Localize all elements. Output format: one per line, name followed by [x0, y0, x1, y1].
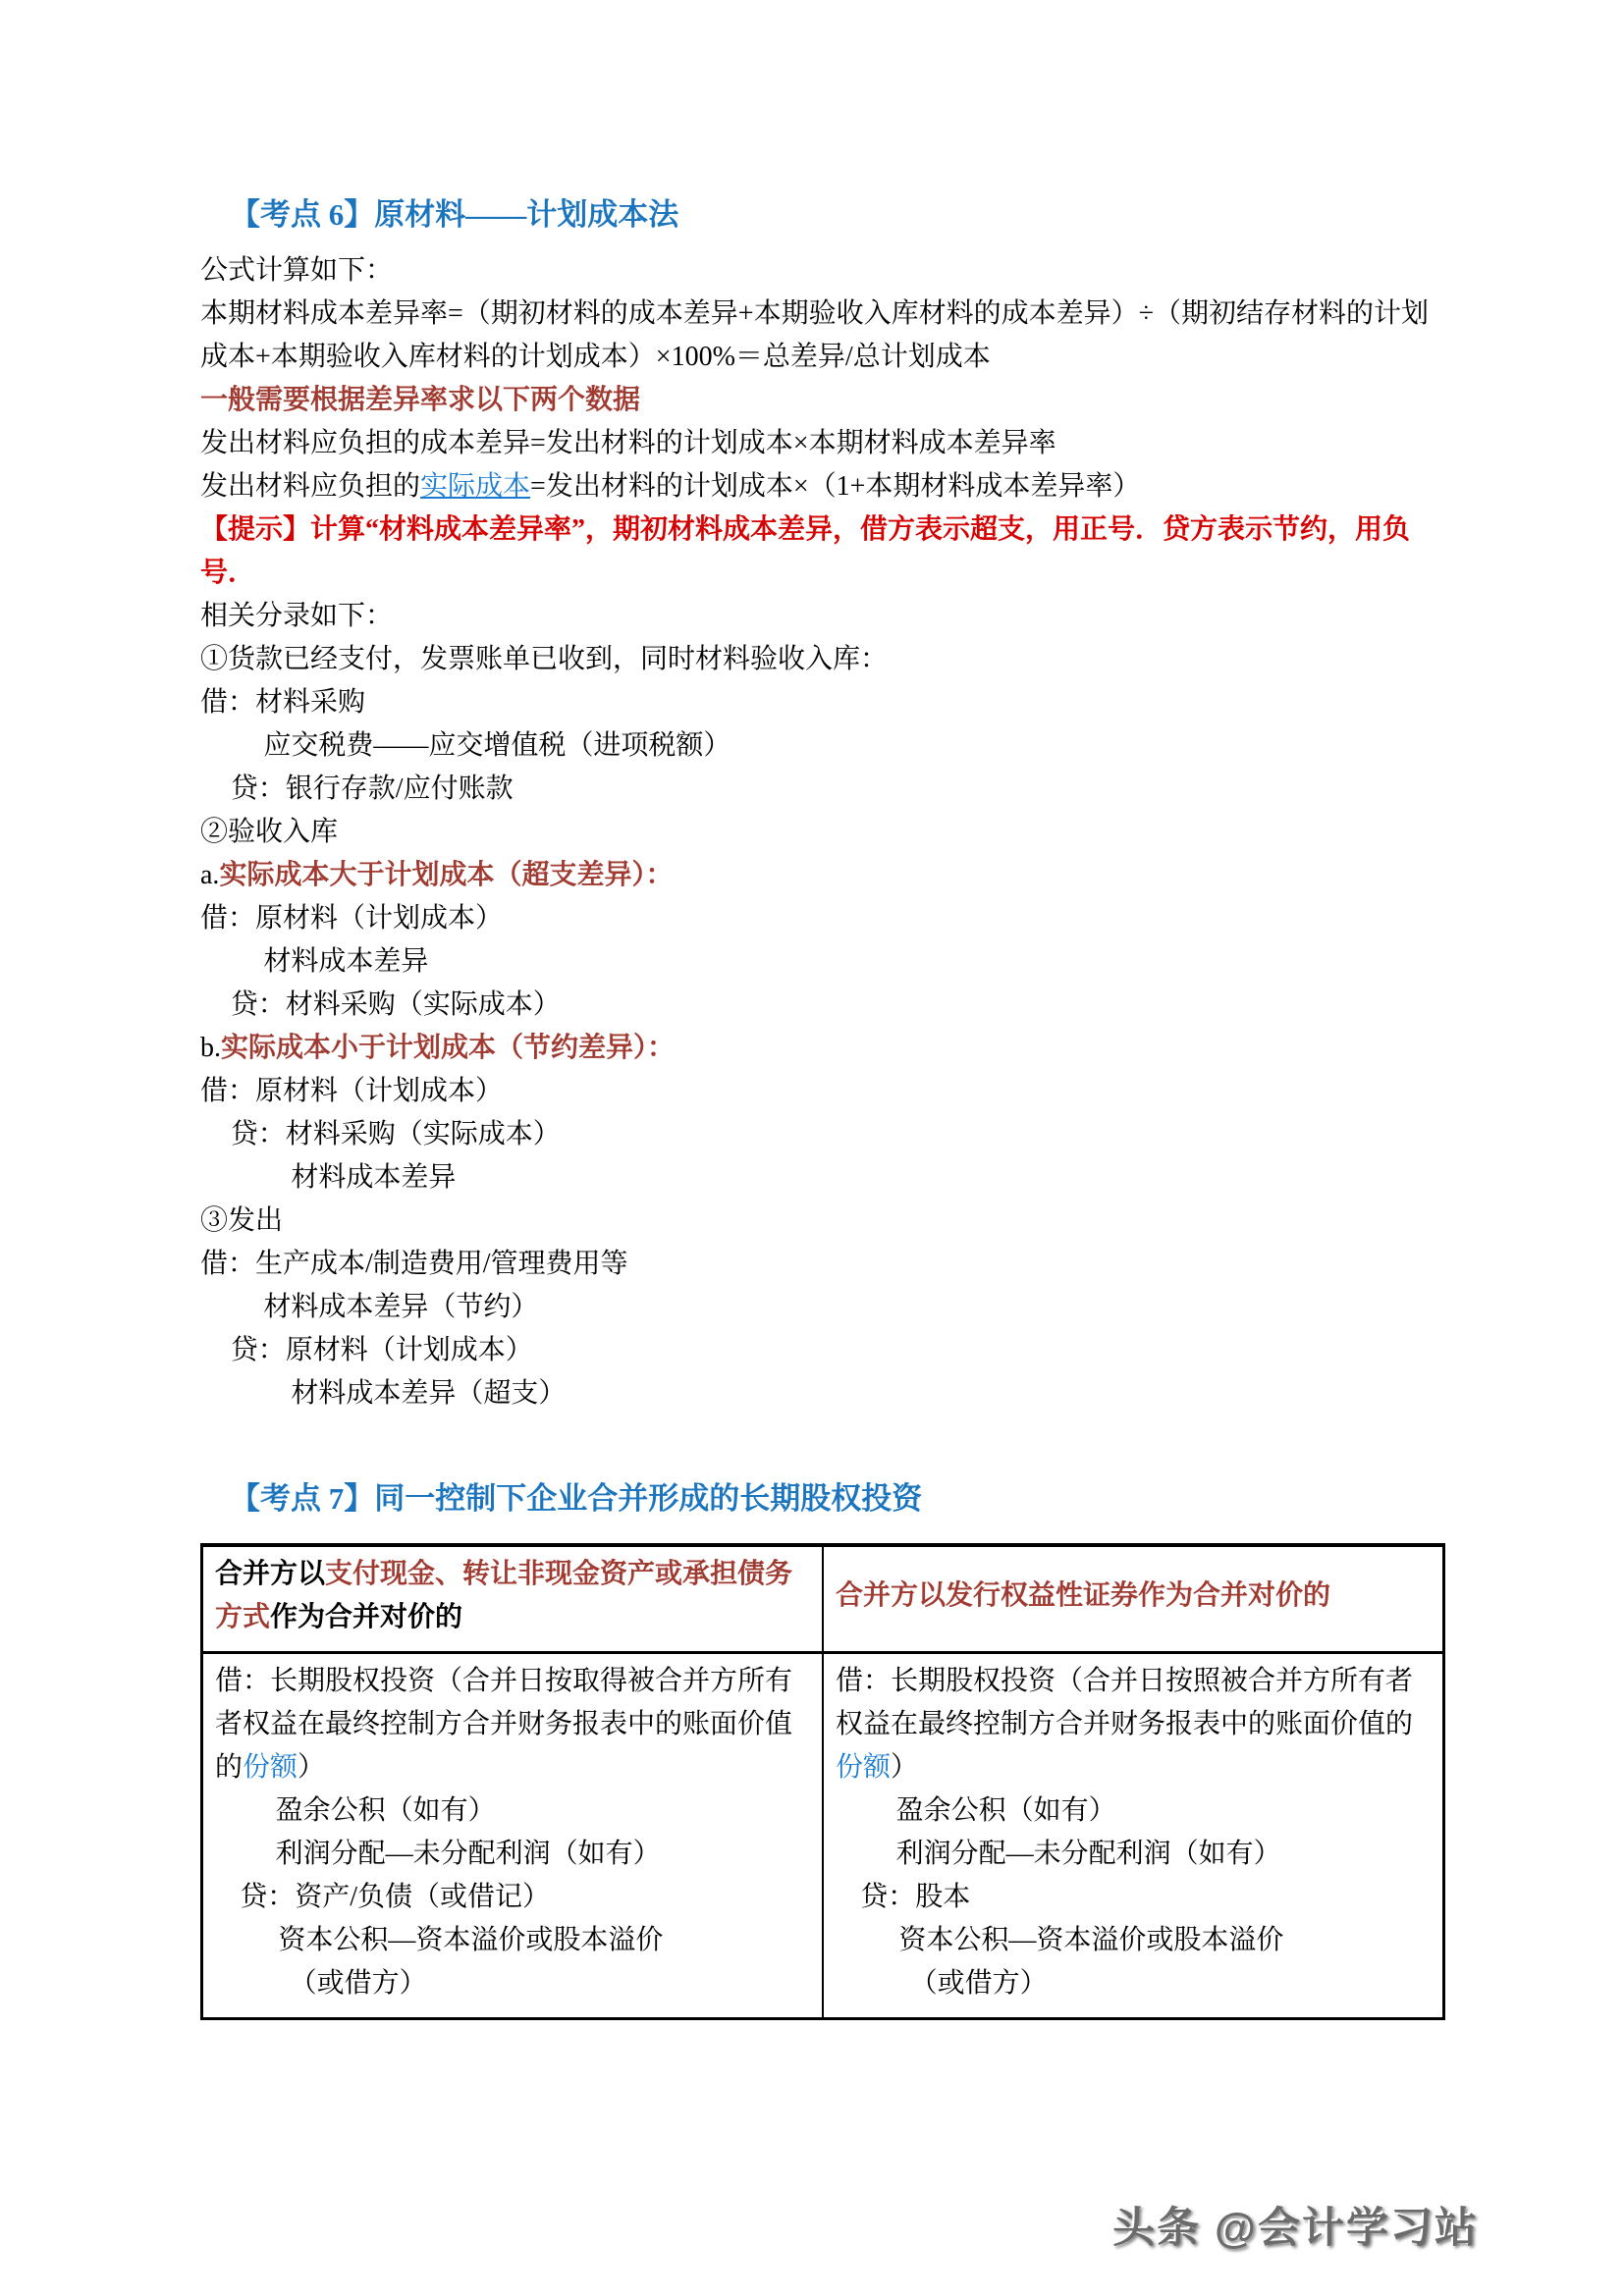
text-run: =发出材料的计划成本×（1+本期材料成本差异率）: [530, 471, 1140, 502]
table-header-equity-consideration: 合并方以发行权益性证券作为合并对价的: [823, 1545, 1444, 1653]
text-run: 盈余公积（如有）: [896, 1795, 1116, 1826]
text-run: 贷：原材料（计划成本）: [231, 1335, 533, 1365]
text-line: ②验收入库: [200, 811, 1445, 854]
table-header-cash-consideration: 合并方以支付现金、转让非现金资产或承担债务方式作为合并对价的: [202, 1545, 824, 1653]
text-run: 贷：银行存款/应付账款: [231, 774, 514, 804]
section6-body: 公式计算如下：本期材料成本差异率=（期初材料的成本差异+本期验收入库材料的成本差…: [200, 249, 1445, 1415]
text-line: 贷：银行存款/应付账款: [200, 768, 1445, 811]
text-run: 利润分配—未分配利润（如有）: [896, 1839, 1281, 1869]
text-run: 【提示】计算“材料成本差异率”，期初材料成本差异，借方表示超支，用正号．贷方表示…: [200, 514, 1410, 588]
text-line: ③发出: [200, 1200, 1445, 1243]
text-line: b.实际成本小于计划成本（节约差异）：: [200, 1027, 1445, 1070]
section-exam-point-7: 【考点 7】同一控制下企业合并形成的长期股权投资 合并方以支付现金、转让非现金资…: [200, 1476, 1445, 2020]
text-run: 发出材料应负担的: [200, 471, 420, 502]
text-run: （或借方）: [910, 1968, 1048, 1999]
text-line: 盈余公积（如有）: [836, 1789, 1431, 1833]
text-line: 合并方以支付现金、转让非现金资产或承担债务方式作为合并对价的: [215, 1553, 810, 1639]
text-line: 资本公积—资本溢价或股本溢价: [215, 1919, 810, 1962]
table-cell-equity-entries: 借：长期股权投资（合并日按照被合并方所有者权益在最终控制方合并财务报表中的账面价…: [823, 1653, 1444, 2019]
text-line: 盈余公积（如有）: [215, 1789, 810, 1833]
section-exam-point-6: 【考点 6】原材料——计划成本法 公式计算如下：本期材料成本差异率=（期初材料的…: [200, 192, 1445, 1415]
text-line: ①货款已经支付，发票账单已收到，同时材料验收入库：: [200, 638, 1445, 681]
text-run: a.: [200, 860, 219, 890]
text-run: ）: [298, 1752, 325, 1783]
text-line: 发出材料应负担的成本差异=发出材料的计划成本×本期材料成本差异率: [200, 422, 1445, 465]
text-run: 材料成本差异: [263, 946, 428, 977]
text-line: 相关分录如下：: [200, 595, 1445, 638]
text-line: （或借方）: [215, 1962, 810, 2005]
text-run: 贷：材料采购（实际成本）: [231, 1119, 561, 1149]
text-line: 资本公积—资本溢价或股本溢价: [836, 1919, 1431, 1962]
text-line: 借：材料采购: [200, 681, 1445, 724]
text-line: 材料成本差异（节约）: [200, 1286, 1445, 1329]
text-line: 贷：资产/负债（或借记）: [215, 1876, 810, 1919]
text-line: 【提示】计算“材料成本差异率”，期初材料成本差异，借方表示超支，用正号．贷方表示…: [200, 508, 1445, 595]
text-line: 贷：股本: [836, 1876, 1431, 1919]
text-run: 材料成本差异: [291, 1162, 456, 1193]
text-line: 利润分配—未分配利润（如有）: [836, 1833, 1431, 1876]
text-run: 份额: [836, 1752, 891, 1783]
text-run: 借：长期股权投资（合并日按照被合并方所有者权益在最终控制方合并财务报表中的账面价…: [836, 1666, 1413, 1739]
text-line: 借：长期股权投资（合并日按取得被合并方所有者权益在最终控制方合并财务报表中的账面…: [215, 1660, 810, 1789]
text-line: 借：生产成本/制造费用/管理费用等: [200, 1243, 1445, 1286]
text-run: 材料成本差异（节约）: [263, 1292, 538, 1322]
text-line: 发出材料应负担的实际成本=发出材料的计划成本×（1+本期材料成本差异率）: [200, 465, 1445, 508]
text-run: 作为合并对价的: [270, 1602, 462, 1632]
text-line: 贷：原材料（计划成本）: [200, 1329, 1445, 1372]
text-line: 借：原材料（计划成本）: [200, 1070, 1445, 1113]
page-content: 【考点 6】原材料——计划成本法 公式计算如下：本期材料成本差异率=（期初材料的…: [200, 192, 1445, 2020]
text-run: 借：生产成本/制造费用/管理费用等: [200, 1249, 628, 1279]
text-run: 实际成本: [420, 471, 530, 502]
text-line: 贷：材料采购（实际成本）: [200, 984, 1445, 1027]
text-line: 材料成本差异: [200, 1156, 1445, 1200]
text-line: 一般需要根据差异率求以下两个数据: [200, 379, 1445, 422]
section7-heading: 【考点 7】同一控制下企业合并形成的长期股权投资: [200, 1476, 1445, 1522]
text-run: ②验收入库: [200, 817, 338, 847]
text-run: 相关分录如下：: [200, 601, 393, 631]
text-line: 本期材料成本差异率=（期初材料的成本差异+本期验收入库材料的成本差异）÷（期初结…: [200, 293, 1445, 379]
toutiao-watermark: 头条 @会计学习站: [1112, 2195, 1479, 2255]
text-line: a.实际成本大于计划成本（超支差异）：: [200, 854, 1445, 897]
text-run: 借：原材料（计划成本）: [200, 1076, 503, 1106]
table-body-row: 借：长期股权投资（合并日按取得被合并方所有者权益在最终控制方合并财务报表中的账面…: [202, 1653, 1444, 2019]
text-run: 应交税费——应交增值税（进项税额）: [263, 730, 731, 761]
text-run: 一般需要根据差异率求以下两个数据: [200, 385, 640, 415]
text-line: 借：长期股权投资（合并日按照被合并方所有者权益在最终控制方合并财务报表中的账面价…: [836, 1660, 1431, 1789]
text-run: 本期材料成本差异率=（期初材料的成本差异+本期验收入库材料的成本差异）÷（期初结…: [200, 298, 1429, 372]
text-run: 贷：材料采购（实际成本）: [231, 989, 561, 1020]
text-run: 材料成本差异（超支）: [291, 1378, 566, 1409]
text-run: 合并方以发行权益性证券作为合并对价的: [836, 1580, 1330, 1611]
text-run: 份额: [243, 1752, 298, 1783]
text-run: ③发出: [200, 1205, 283, 1236]
text-run: 盈余公积（如有）: [276, 1795, 496, 1826]
text-line: 利润分配—未分配利润（如有）: [215, 1833, 810, 1876]
merger-consideration-table: 合并方以支付现金、转让非现金资产或承担债务方式作为合并对价的 合并方以发行权益性…: [200, 1543, 1445, 2020]
text-run: 合并方以: [215, 1559, 325, 1589]
section6-heading: 【考点 6】原材料——计划成本法: [200, 192, 1445, 238]
text-run: 发出材料应负担的成本差异=发出材料的计划成本×本期材料成本差异率: [200, 428, 1056, 458]
text-run: ）: [891, 1752, 918, 1783]
text-line: 材料成本差异: [200, 940, 1445, 984]
text-run: 利润分配—未分配利润（如有）: [276, 1839, 661, 1869]
text-run: 资本公积—资本溢价或股本溢价: [278, 1925, 663, 1955]
text-run: 实际成本小于计划成本（节约差异）：: [221, 1033, 675, 1063]
text-line: 公式计算如下：: [200, 249, 1445, 293]
text-run: 贷：股本: [860, 1882, 970, 1912]
text-line: 合并方以发行权益性证券作为合并对价的: [836, 1575, 1431, 1618]
table-header-row: 合并方以支付现金、转让非现金资产或承担债务方式作为合并对价的 合并方以发行权益性…: [202, 1545, 1444, 1653]
text-line: 贷：材料采购（实际成本）: [200, 1113, 1445, 1156]
text-line: 材料成本差异（超支）: [200, 1372, 1445, 1415]
table-cell-cash-entries: 借：长期股权投资（合并日按取得被合并方所有者权益在最终控制方合并财务报表中的账面…: [202, 1653, 824, 2019]
text-run: 实际成本大于计划成本（超支差异）：: [219, 860, 673, 890]
text-line: 应交税费——应交增值税（进项税额）: [200, 724, 1445, 768]
text-run: ①货款已经支付，发票账单已收到，同时材料验收入库：: [200, 644, 888, 674]
text-run: 资本公积—资本溢价或股本溢价: [898, 1925, 1283, 1955]
text-run: 借：原材料（计划成本）: [200, 903, 503, 934]
text-run: 借：材料采购: [200, 687, 365, 718]
text-run: （或借方）: [290, 1968, 427, 1999]
text-line: （或借方）: [836, 1962, 1431, 2005]
text-run: 公式计算如下：: [200, 255, 393, 286]
text-line: 借：原材料（计划成本）: [200, 897, 1445, 940]
text-run: 贷：资产/负债（或借记）: [240, 1882, 550, 1912]
text-run: b.: [200, 1033, 221, 1063]
